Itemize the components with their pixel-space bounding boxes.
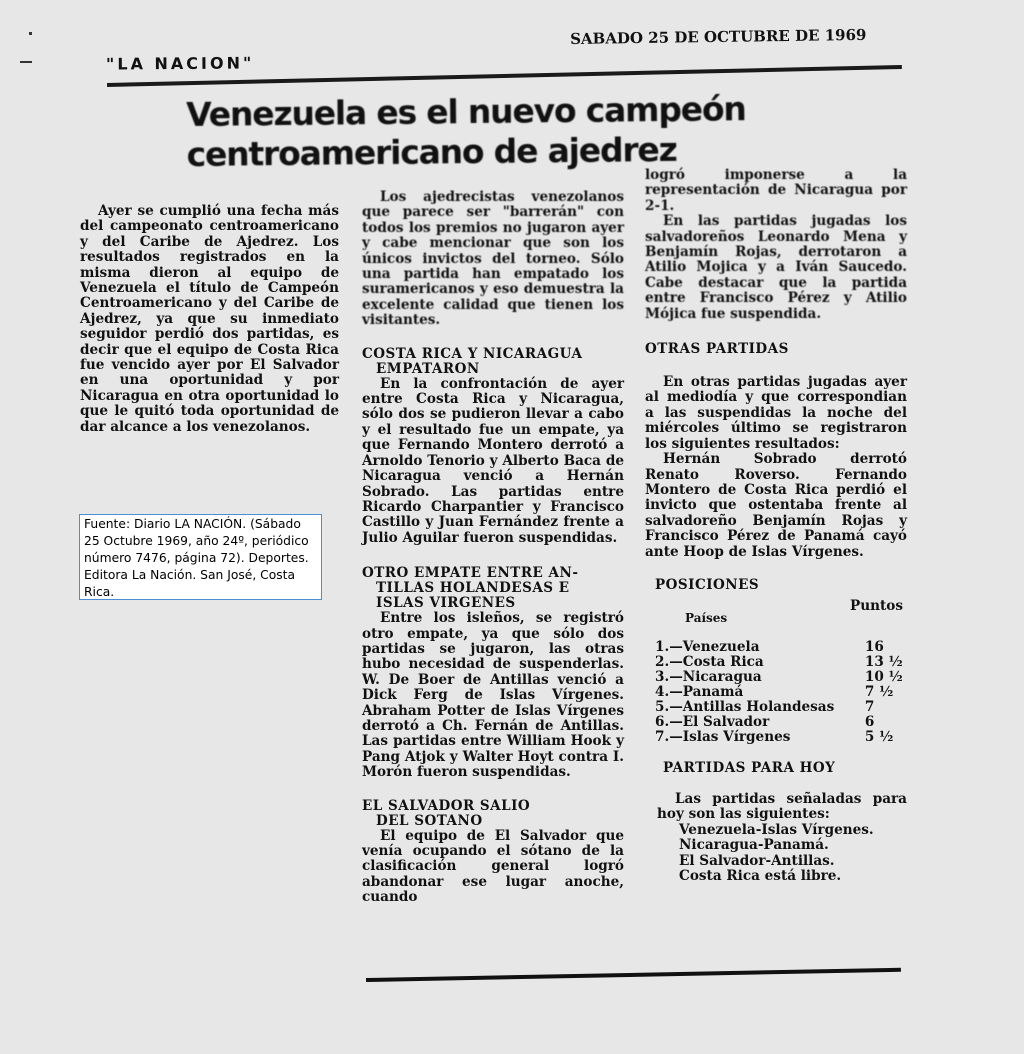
- match-item: Nicaragua-Panamá.: [661, 838, 907, 853]
- standings-header: Países Puntos: [655, 599, 903, 626]
- country: Islas Vírgenes: [683, 729, 791, 745]
- position: 2.—: [655, 654, 683, 670]
- position: 5.—: [655, 699, 683, 715]
- table-row: 3.—Nicaragua 10 ½: [655, 670, 903, 685]
- match-item: Costa Rica está libre.: [661, 869, 907, 884]
- paragraph: Las partidas señaladas para hoy son las …: [645, 792, 907, 823]
- source-citation-box: Fuente: Diario LA NACIÓN. (Sábado 25 Oct…: [79, 514, 322, 600]
- paragraph: Hernán Sobrado derrotó Renato Roverso. F…: [645, 452, 907, 560]
- paragraph: En las partidas jugadas los salvadoreños…: [645, 214, 907, 322]
- table-row: 6.—El Salvador 6: [655, 715, 903, 730]
- position: 3.—: [655, 669, 683, 685]
- subheading-line: ISLAS VIRGENES: [362, 596, 624, 611]
- match-item: Venezuela-Islas Vírgenes.: [661, 823, 907, 838]
- table-row: 5.—Antillas Holandesas 7: [655, 700, 903, 715]
- paragraph: El equipo de El Salvador que venía ocupa…: [362, 829, 624, 906]
- matches-list: Venezuela-Islas Vírgenes. Nicaragua-Pana…: [645, 823, 907, 885]
- points: 16: [835, 640, 903, 655]
- points: 13 ½: [835, 655, 903, 670]
- match-item: El Salvador-Antillas.: [661, 854, 907, 869]
- bottom-rule: [366, 968, 901, 982]
- subheading-line: COSTA RICA Y NICARAGUA: [362, 346, 582, 362]
- paragraph: logró imponerse a la representación de N…: [645, 168, 907, 214]
- standings-table: Países Puntos 1.—Venezuela 16 2.—Costa R…: [655, 599, 903, 745]
- subheading-el-salvador: EL SALVADOR SALIO DEL SOTANO: [362, 799, 624, 829]
- issue-date: SABADO 25 DE OCTUBRE DE 1969: [570, 26, 867, 48]
- column-header-country: Países: [655, 599, 835, 626]
- table-row: 2.—Costa Rica 13 ½: [655, 655, 903, 670]
- article-column-3: logró imponerse a la representación de N…: [645, 168, 907, 884]
- headline-line-1: Venezuela es el nuevo campeón: [186, 89, 746, 135]
- table-row: 1.—Venezuela 16: [655, 640, 903, 655]
- subheading-line: EMPATARON: [362, 362, 624, 377]
- subheading-antillas-islas: OTRO EMPATE ENTRE AN- TILLAS HOLANDESAS …: [362, 566, 624, 611]
- paragraph: Entre los isleños, se registró otro empa…: [362, 611, 624, 780]
- paragraph: Ayer se cumplió una fecha más del campeo…: [80, 204, 339, 435]
- subheading-otras-partidas: OTRAS PARTIDAS: [645, 342, 907, 357]
- article-column-1: Ayer se cumplió una fecha más del campeo…: [80, 204, 339, 435]
- subheading-line: EL SALVADOR SALIO: [362, 798, 530, 814]
- column-header-points: Puntos: [835, 599, 903, 626]
- points: 10 ½: [835, 670, 903, 685]
- newspaper-name: "LA NACION": [106, 53, 254, 73]
- margin-speck: [20, 61, 32, 63]
- country: El Salvador: [683, 714, 770, 730]
- position: 4.—: [655, 684, 683, 700]
- points: 7 ½: [835, 685, 903, 700]
- points: 6: [835, 715, 903, 730]
- country: Antillas Holandesas: [683, 699, 834, 715]
- subheading-line: OTRO EMPATE ENTRE AN-: [362, 565, 578, 581]
- paragraph: En la confrontación de ayer entre Costa …: [362, 377, 624, 546]
- country: Nicaragua: [683, 669, 762, 685]
- subheading-posiciones: POSICIONES: [655, 578, 907, 593]
- position: 1.—: [655, 639, 683, 655]
- margin-speck: [29, 32, 32, 35]
- subheading-costa-rica-nicaragua: COSTA RICA Y NICARAGUA EMPATARON: [362, 347, 624, 377]
- points: 5 ½: [835, 730, 903, 745]
- article-headline: Venezuela es el nuevo campeón centroamer…: [186, 89, 746, 175]
- country: Costa Rica: [683, 654, 764, 670]
- position: 7.—: [655, 729, 683, 745]
- country: Venezuela: [683, 639, 760, 655]
- country: Panamá: [683, 684, 744, 700]
- points: 7: [835, 700, 903, 715]
- subheading-partidas-para-hoy: PARTIDAS PARA HOY: [663, 761, 907, 776]
- paragraph: En otras partidas jugadas ayer al mediod…: [645, 375, 907, 452]
- table-row: 7.—Islas Vírgenes 5 ½: [655, 730, 903, 745]
- paragraph: Los ajedrecistas venezolanos que parece …: [362, 190, 624, 329]
- subheading-line: TILLAS HOLANDESAS E: [362, 581, 624, 596]
- subheading-line: DEL SOTANO: [362, 814, 624, 829]
- position: 6.—: [655, 714, 683, 730]
- table-row: 4.—Panamá 7 ½: [655, 685, 903, 700]
- article-column-2: Los ajedrecistas venezolanos que parece …: [362, 190, 624, 906]
